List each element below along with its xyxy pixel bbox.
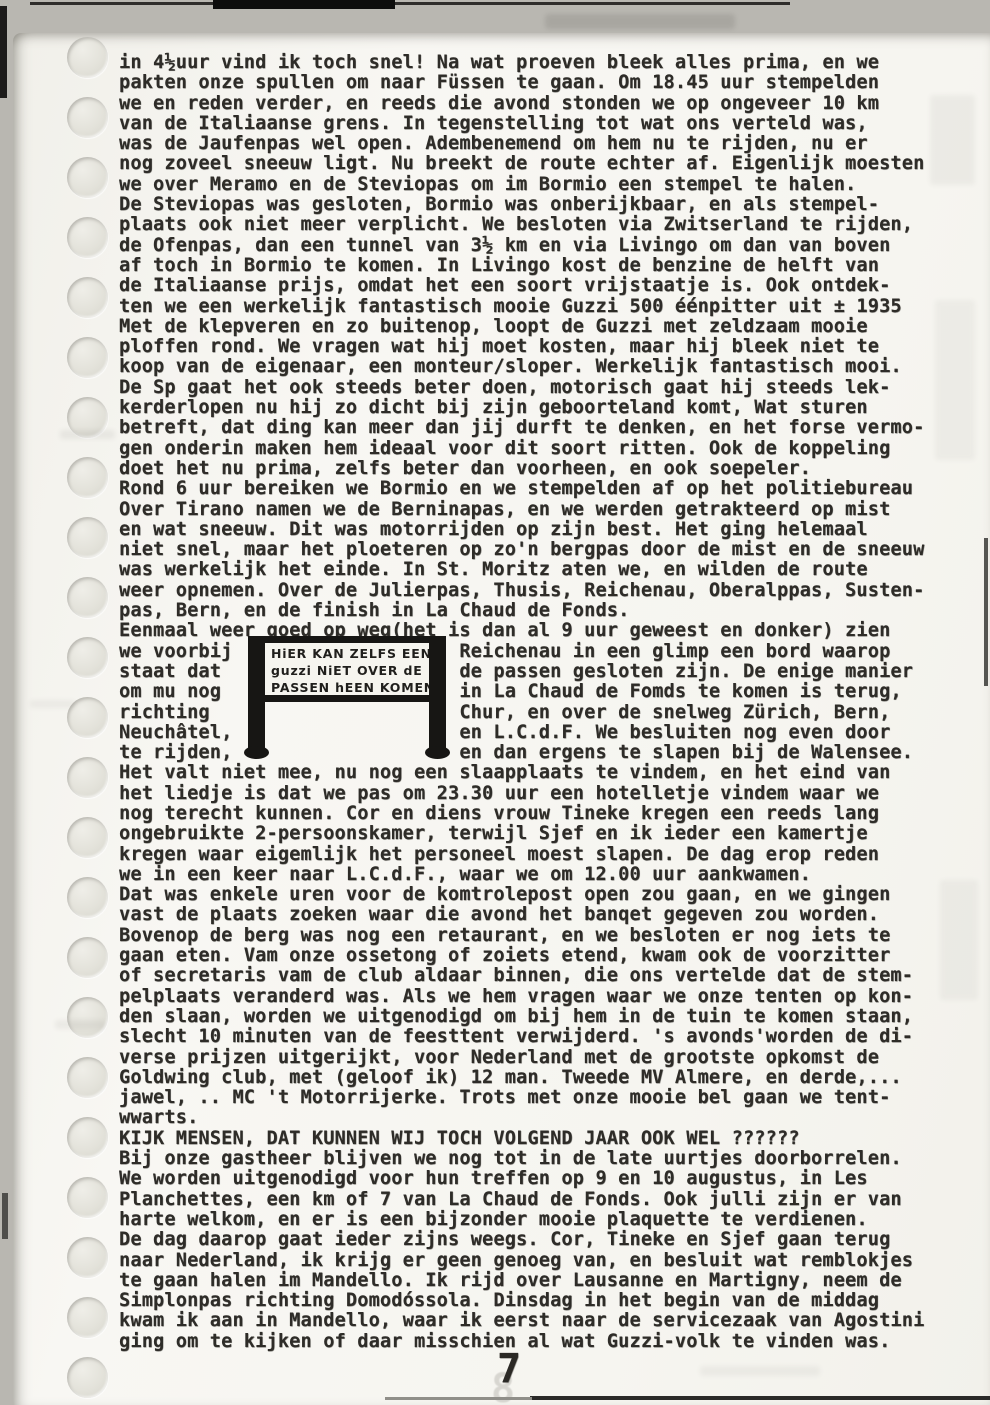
text-line: gen onderin maken hem ideaal voor dit so… [119,439,924,459]
text-line: in 4½uur vind ik toch snel! Na wat proev… [119,53,924,73]
hole-punch [67,997,108,1038]
text-line: Bovenop de berg was nog een retaurant, e… [119,926,924,946]
text-line: Simplonpas richting Domodóssola. Dinsdag… [119,1291,924,1311]
text-line: nog terecht kunnen. Cor en diens vrouw T… [119,804,924,824]
text-line: We worden uitgenodigd voor hun treffen o… [119,1169,924,1189]
text-line: De Sp gaat het ook steeds beter doen, mo… [119,378,924,398]
text-line: richting Chur, en over de snelweg Zürich… [119,703,924,723]
text-line: Eenmaal weer goed op weg(het is dan al 9… [119,621,924,641]
text-line: nog zoveel sneeuw ligt. Nu breekt de rou… [119,154,924,174]
sign-post-left [248,636,265,754]
scan-artifact-left-edge [0,6,7,98]
text-line: pakten onze spullen om naar Füssen te ga… [119,73,924,93]
text-line: den slaan, worden we uitgenodigd om bij … [119,1007,924,1027]
text-line: weer opnemen. Over de Julierpas, Thusis,… [119,581,924,601]
bleed-through-smudge [545,14,735,29]
sign-foot-right [425,746,450,759]
text-line: was de Jaufenpas wel open. Adembenemend … [119,134,924,154]
text-line: Over Tirano namen we de Berninapas, en w… [119,500,924,520]
hole-punch [67,937,108,978]
text-line: Met de klepveren en zo buitenop, loopt d… [119,317,924,337]
sign-text-line: HiER KAN ZELFS EEN [271,645,429,662]
sign-post-right [429,636,446,754]
text-line: we over Meramo en de Steviopas om im Bor… [119,175,924,195]
text-line: wwarts. [119,1108,924,1128]
sign-text-line: guzzi NiET OVER dE [271,662,429,679]
text-line: Het valt niet mee, nu nog een slaapplaat… [119,763,924,783]
text-line: we in een keer naar L.C.d.F., waar we om… [119,865,924,885]
text-line: kwam ik aan in Mandello, waar ik eerst n… [119,1311,924,1331]
text-line: van de Italiaanse grens. In tegenstellin… [119,114,924,134]
sign-board-text: HiER KAN ZELFS EEN guzzi NiET OVER dE PA… [265,643,429,695]
hole-punch [67,1117,108,1158]
text-line: De Steviopas was gesloten, Bormio was on… [119,195,924,215]
text-line: niet snel, maar het ploeteren op zo'n be… [119,540,924,560]
text-line: harte welkom, en er is een bijzonder moo… [119,1210,924,1230]
hole-punch [67,337,108,378]
text-line: Rond 6 uur bereiken we Bormio en we stem… [119,479,924,499]
text-line: pelplaats veranderd was. Als we hem vrag… [119,987,924,1007]
text-line: we voorbij Reichenau in een glimp een bo… [119,642,924,662]
text-line: slecht 10 minuten van de feesttent verwi… [119,1027,924,1047]
text-line: doet het nu prima, zelfs beter dan voorh… [119,459,924,479]
hole-punch [67,877,108,918]
text-line: de Ofenpas, dan een tunnel van 3½ km en … [119,236,924,256]
hole-punch [67,1057,108,1098]
bleed-through-smudge [930,95,975,185]
bleed-through-smudge [30,700,75,708]
text-line: om mu nog in La Chaud de Fomds te komen … [119,682,924,702]
text-line: jawel, .. MC 't Motorrijerke. Trots met … [119,1088,924,1108]
hole-punch [67,577,108,618]
text-line: ongebruikte 2-persoonskamer, terwijl Sje… [119,824,924,844]
bleed-through-smudge [60,430,115,439]
hole-punch [67,157,108,198]
text-line: te rijden, en dan ergens te slapen bij d… [119,743,924,763]
text-line: gaan eten. Vam onze ossetong of zoiets e… [119,946,924,966]
typewritten-text-block: in 4½uur vind ik toch snel! Na wat proev… [119,53,924,1352]
text-line: Bij onze gastheer blijven we nog tot in … [119,1149,924,1169]
text-line: vast de plaats zoeken waar die avond het… [119,905,924,925]
hole-punch [67,817,108,858]
scan-artifact-top-line-thick [213,0,395,9]
hole-punch [67,757,108,798]
text-line: kregen waar eigemlijk het personeel moes… [119,845,924,865]
hole-punch [67,97,108,138]
scan-artifact-bottom-line-gray [385,1397,532,1400]
page-number: 7 [497,1349,521,1389]
hole-punch [67,277,108,318]
text-line: Dat was enkele uren voor de komtrolepost… [119,885,924,905]
text-line: De dag daarop gaat ieder zijns weegs. Co… [119,1230,924,1250]
text-line: ploffen rond. We vragen wat hij moet kos… [119,337,924,357]
text-line: kerderlopen nu hij zo dicht bij zijn geb… [119,398,924,418]
text-line: Planchettes, een km of 7 van La Chaud de… [119,1190,924,1210]
hole-punch [67,1177,108,1218]
text-line: was werkelijk het einde. In St. Moritz a… [119,560,924,580]
text-line: betreft, dat ding kan meer dan jij durft… [119,418,924,438]
hole-punch [67,1297,108,1338]
text-line: en wat sneeuw. Dit was motorrijden op zi… [119,520,924,540]
text-line: koop van de eigenaar, een monteur/sloper… [119,357,924,377]
text-line: het liedje is dat we pas om 23.30 uur ee… [119,784,924,804]
text-line: verse prijzen uitgerijkt, voor Nederland… [119,1048,924,1068]
sign-top-edge [248,636,446,643]
hole-punch [67,37,108,78]
text-line: plaats ook niet meer verplicht. We beslo… [119,215,924,235]
text-line: de Italiaanse prijs, omdat het een soort… [119,276,924,296]
text-line: naar Nederland, ik krijg er geen genoeg … [119,1251,924,1271]
scan-artifact-right-edge [984,538,988,686]
text-line: Neuchâtel, en L.C.d.F. We besluiten nog … [119,723,924,743]
hole-punch [67,457,108,498]
bleed-through-smudge [700,1366,820,1376]
bleed-through-smudge [55,1020,105,1029]
sign-foot-left [244,746,269,759]
scan-artifact-bottom-line [530,1396,990,1400]
hole-punch [67,517,108,558]
text-line: Goldwing club, met (geloof ik) 12 man. T… [119,1068,924,1088]
text-line: te gaan halen im Mandello. Ik rijd over … [119,1271,924,1291]
text-line: ging om te kijken of daar misschien al w… [119,1332,924,1352]
document-page: in 4½uur vind ik toch snel! Na wat proev… [13,33,990,1405]
scan-artifact-left-edge-lower [2,1193,8,1239]
scan-artifact-top-line [30,2,790,5]
text-line: staat dat de passen gesloten zijn. De en… [119,662,924,682]
hole-punch [67,637,108,678]
text-line: KIJK MENSEN, DAT KUNNEN WIJ TOCH VOLGEND… [119,1129,924,1149]
text-line: we en reden verder, en reeds die avond s… [119,94,924,114]
bleed-through-smudge [935,300,975,460]
text-line: ten we een werkelijk fantastisch mooie G… [119,297,924,317]
road-sign-illustration: HiER KAN ZELFS EEN guzzi NiET OVER dE PA… [248,636,446,760]
text-line: pas, Bern, en de finish in La Chaud de F… [119,601,924,621]
bleed-through-smudge [940,880,978,1000]
hole-punch [67,1357,108,1398]
text-line: af toch in Bormio te komen. In Livingo k… [119,256,924,276]
sign-bottom-edge [248,695,446,702]
hole-punch [67,1237,108,1278]
text-line: of secretaris vam de club aldaar binnen,… [119,966,924,986]
hole-punch [67,217,108,258]
